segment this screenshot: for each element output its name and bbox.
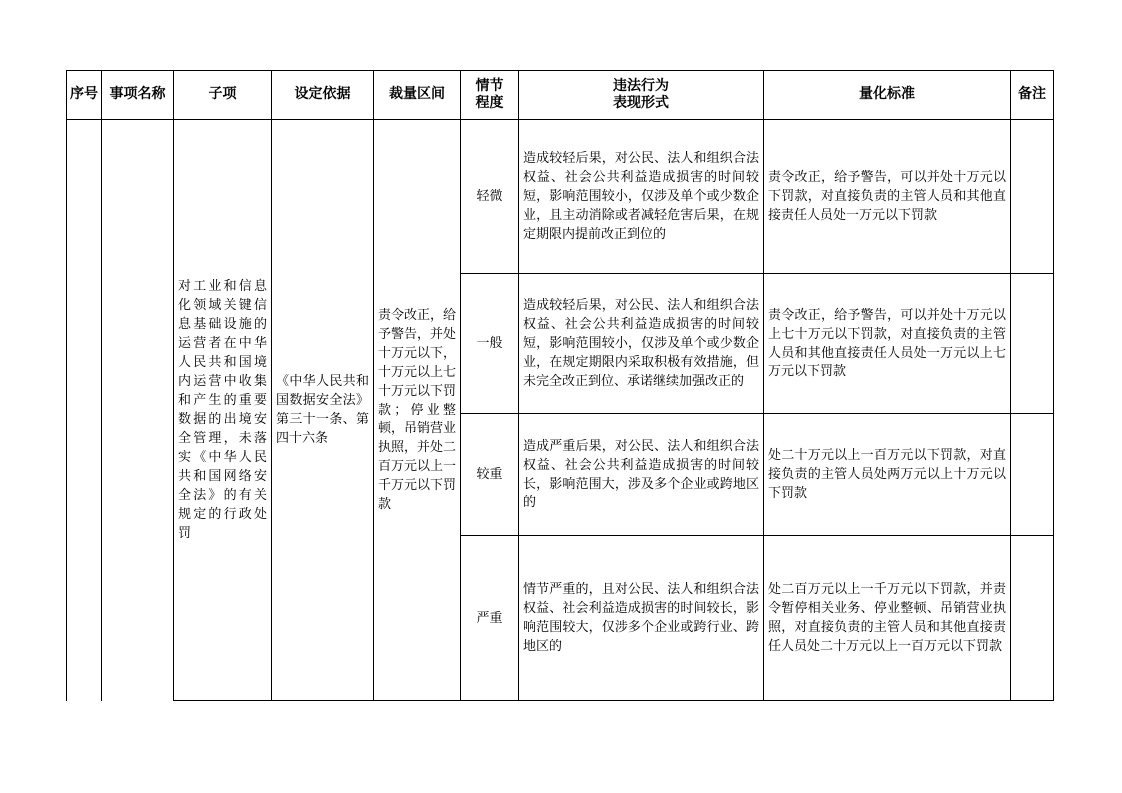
header-discretion-range: 裁量区间 [374,71,461,120]
cell-severity-level: 轻微 [461,120,519,274]
cell-illegal-behavior: 造成较轻后果，对公民、法人和组织合法权益、社会公共利益造成损害的时间较短，影响范… [519,120,764,274]
cell-remarks [1011,414,1054,536]
cell-severity-level: 严重 [461,536,519,701]
cell-illegal-behavior: 造成较轻后果，对公民、法人和组织合法权益、社会公共利益造成损害的时间较短，影响范… [519,274,764,414]
cell-quantitative-standard: 处二十万元以上一百万元以下罚款，对直接负责的主管人员处两万元以上十万元以下罚款 [764,414,1011,536]
header-illegal-behavior: 违法行为 表现形式 [519,71,764,120]
cell-illegal-behavior: 情节严重的，且对公民、法人和组织合法权益、社会利益造成损害的时间较长，影响范围较… [519,536,764,701]
table-header-row: 序号 事项名称 子项 设定依据 裁量区间 情节 程度 违法行为 表现形式 量化标… [67,71,1054,120]
header-severity-level: 情节 程度 [461,71,519,120]
cell-severity-level: 较重 [461,414,519,536]
header-remarks: 备注 [1011,71,1054,120]
header-serial-number: 序号 [67,71,102,120]
cell-discretion-range: 责令改正，给予警告，并处十万元以下，十万元以上七十万元以下罚款；停业整顿，吊销营… [374,120,461,701]
header-item-name: 事项名称 [102,71,174,120]
header-sub-item: 子项 [174,71,272,120]
cell-remarks [1011,536,1054,701]
cell-remarks [1011,274,1054,414]
cell-severity-level: 一般 [461,274,519,414]
cell-quantitative-standard: 责令改正，给予警告，可以并处十万元以上七十万元以下罚款，对直接负责的主管人员和其… [764,274,1011,414]
cell-quantitative-standard: 责令改正，给予警告，可以并处十万元以下罚款，对直接负责的主管人员和其他直接责任人… [764,120,1011,274]
document-page: 序号 事项名称 子项 设定依据 裁量区间 情节 程度 违法行为 表现形式 量化标… [0,0,1122,793]
cell-setting-basis: 《中华人民共和国数据安全法》第三十一条、第四十六条 [272,120,374,701]
cell-quantitative-standard: 处二百万元以上一千万元以下罚款，并责令暂停相关业务、停业整顿、吊销营业执照，对直… [764,536,1011,701]
cell-item-name [102,120,174,701]
cell-illegal-behavior: 造成严重后果，对公民、法人和组织合法权益、社会公共利益造成损害的时间较长，影响范… [519,414,764,536]
cell-serial-number [67,120,102,701]
penalty-discretion-table: 序号 事项名称 子项 设定依据 裁量区间 情节 程度 违法行为 表现形式 量化标… [66,70,1054,701]
cell-remarks [1011,120,1054,274]
cell-sub-item: 对工业和信息化领域关键信息基础设施的运营者在中华人民共和国境内运营中收集和产生的… [174,120,272,701]
header-setting-basis: 设定依据 [272,71,374,120]
header-quantitative-standard: 量化标准 [764,71,1011,120]
table-row: 对工业和信息化领域关键信息基础设施的运营者在中华人民共和国境内运营中收集和产生的… [67,120,1054,274]
